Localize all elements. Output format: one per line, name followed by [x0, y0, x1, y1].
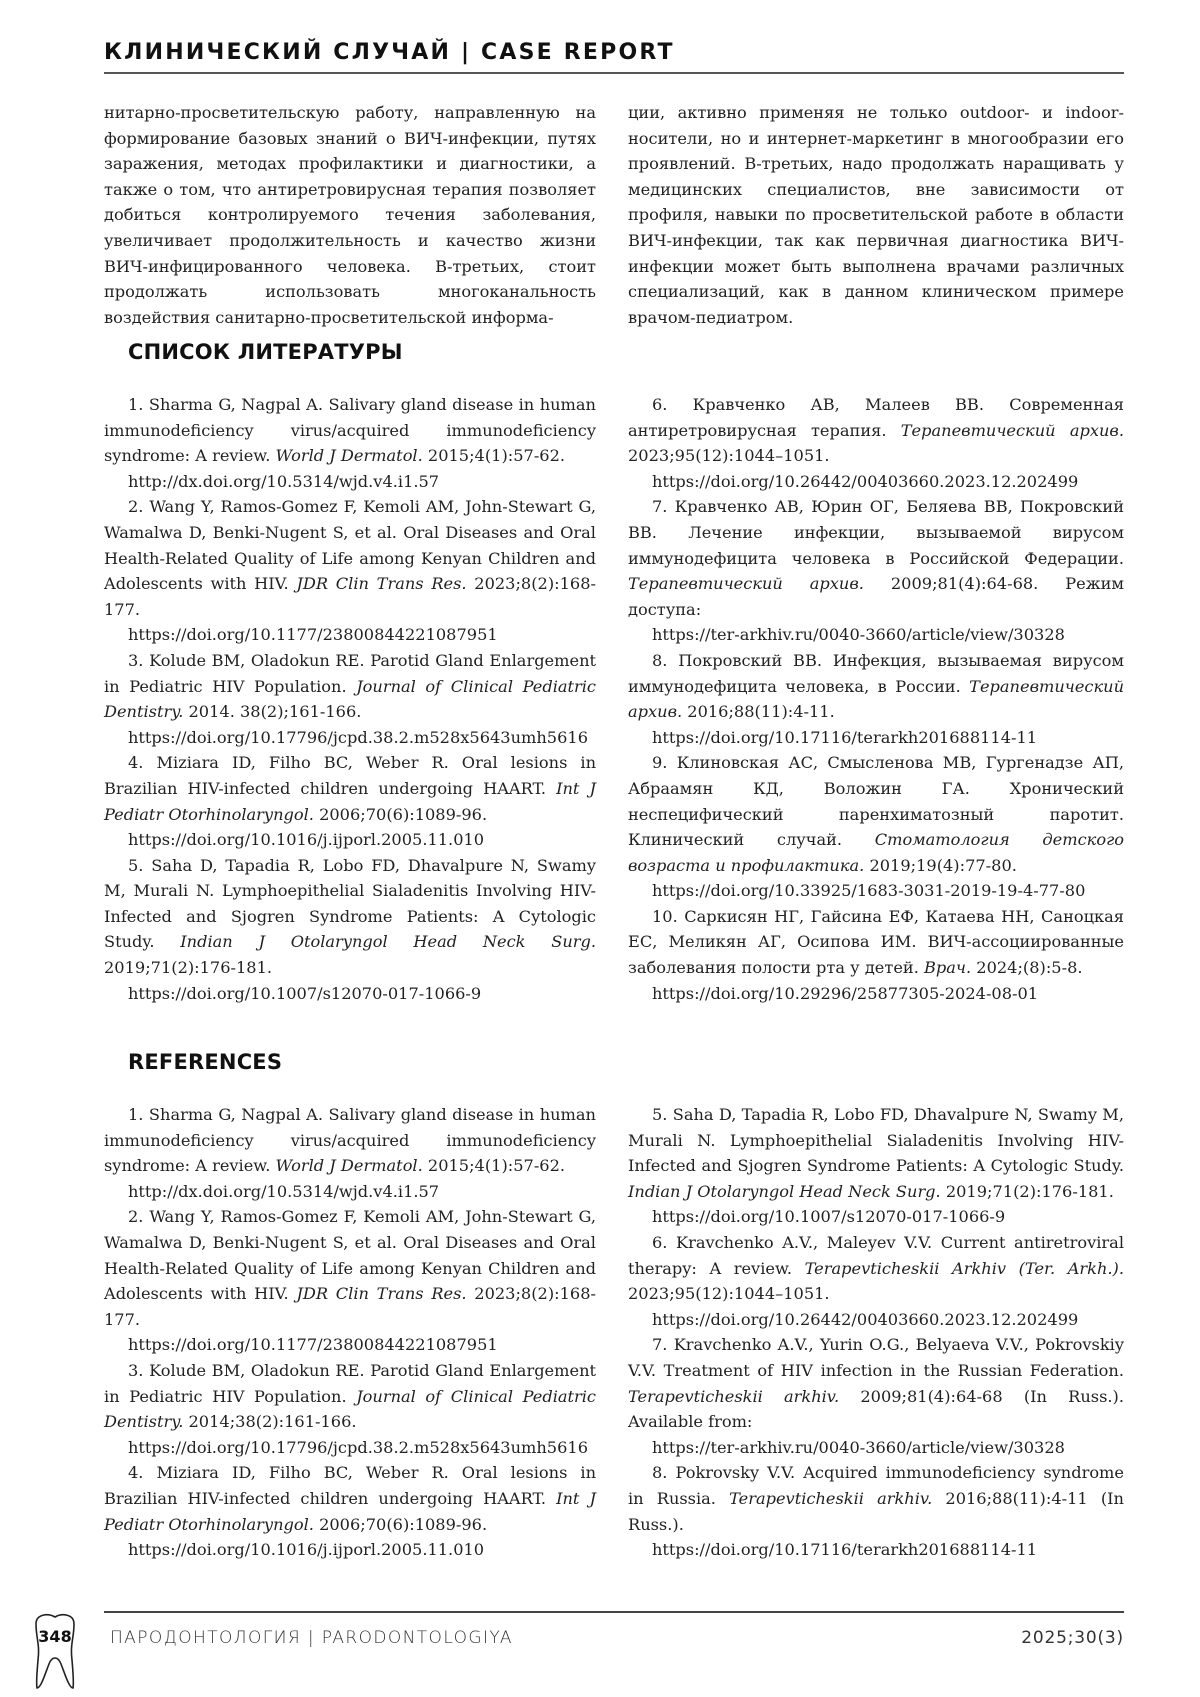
- reference-link[interactable]: https://doi.org/10.17116/terarkh20168811…: [628, 1537, 1124, 1563]
- reference-item: 4. Miziara ID, Filho BC, Weber R. Oral l…: [104, 750, 596, 827]
- reference-item: 1. Sharma G, Nagpal A. Salivary gland di…: [104, 1102, 596, 1179]
- footer-issue: 2025;30(3): [1021, 1628, 1124, 1648]
- reference-link[interactable]: https://doi.org/10.1177/2380084422108795…: [104, 1332, 596, 1358]
- reference-link[interactable]: http://dx.doi.org/10.5314/wjd.v4.i1.57: [104, 469, 596, 495]
- body-text-right: ции, активно применяя не только outdoor-…: [628, 100, 1124, 330]
- reference-item: 5. Saha D, Tapadia R, Lobo FD, Dhavalpur…: [104, 853, 596, 981]
- en-references-title: REFERENCES: [128, 1050, 282, 1074]
- reference-link[interactable]: https://doi.org/10.17116/terarkh20168811…: [628, 725, 1124, 751]
- reference-link[interactable]: https://doi.org/10.33925/1683-3031-2019-…: [628, 878, 1124, 904]
- reference-link[interactable]: https://doi.org/10.1177/2380084422108795…: [104, 622, 596, 648]
- journal-page: КЛИНИЧЕСКИЙ СЛУЧАЙ | CASE REPORT нитарно…: [0, 0, 1200, 1697]
- reference-link[interactable]: https://doi.org/10.17796/jcpd.38.2.m528x…: [104, 1435, 596, 1461]
- reference-item: 2. Wang Y, Ramos-Gomez F, Kemoli AM, Joh…: [104, 494, 596, 622]
- reference-link[interactable]: https://doi.org/10.1016/j.ijporl.2005.11…: [104, 1537, 596, 1563]
- reference-item: 4. Miziara ID, Filho BC, Weber R. Oral l…: [104, 1460, 596, 1537]
- body-paragraph: нитарно-просветительскую работу, направл…: [104, 100, 596, 330]
- reference-item: 7. Кравченко АВ, Юрин ОГ, Беляева ВВ, По…: [628, 494, 1124, 622]
- page-number: 348: [30, 1627, 80, 1646]
- footer-journal-title: ПАРОДОНТОЛОГИЯ | PARODONTOLOGIYA: [110, 1628, 513, 1648]
- reference-item: 8. Pokrovsky V.V. Acquired immunodeficie…: [628, 1460, 1124, 1537]
- reference-link[interactable]: https://doi.org/10.17796/jcpd.38.2.m528x…: [104, 725, 596, 751]
- reference-item: 3. Kolude BM, Oladokun RE. Parotid Gland…: [104, 1358, 596, 1435]
- en-references-right: 5. Saha D, Tapadia R, Lobo FD, Dhavalpur…: [628, 1102, 1124, 1563]
- body-paragraph: ции, активно применяя не только outdoor-…: [628, 100, 1124, 330]
- reference-link[interactable]: https://ter-arkhiv.ru/0040-3660/article/…: [628, 1435, 1124, 1461]
- reference-link[interactable]: https://doi.org/10.1016/j.ijporl.2005.11…: [104, 827, 596, 853]
- reference-item: 5. Saha D, Tapadia R, Lobo FD, Dhavalpur…: [628, 1102, 1124, 1204]
- reference-link[interactable]: https://doi.org/10.26442/00403660.2023.1…: [628, 469, 1124, 495]
- footer-divider: [104, 1611, 1124, 1613]
- en-references-left: 1. Sharma G, Nagpal A. Salivary gland di…: [104, 1102, 596, 1563]
- reference-link[interactable]: https://ter-arkhiv.ru/0040-3660/article/…: [628, 622, 1124, 648]
- reference-item: 8. Покровский ВВ. Инфекция, вызываемая в…: [628, 648, 1124, 725]
- ru-references-left: 1. Sharma G, Nagpal A. Salivary gland di…: [104, 392, 596, 1006]
- running-head: КЛИНИЧЕСКИЙ СЛУЧАЙ | CASE REPORT: [104, 40, 1124, 74]
- reference-item: 2. Wang Y, Ramos-Gomez F, Kemoli AM, Joh…: [104, 1204, 596, 1332]
- reference-item: 6. Кравченко АВ, Малеев ВВ. Современная …: [628, 392, 1124, 469]
- reference-item: 10. Саркисян НГ, Гайсина ЕФ, Катаева НН,…: [628, 904, 1124, 981]
- reference-link[interactable]: https://doi.org/10.26442/00403660.2023.1…: [628, 1307, 1124, 1333]
- reference-item: 9. Клиновская АС, Смысленова МВ, Гургена…: [628, 750, 1124, 878]
- ru-references-title: СПИСОК ЛИТЕРАТУРЫ: [128, 340, 403, 364]
- reference-item: 3. Kolude BM, Oladokun RE. Parotid Gland…: [104, 648, 596, 725]
- ru-references-right: 6. Кравченко АВ, Малеев ВВ. Современная …: [628, 392, 1124, 1006]
- tooth-icon: [30, 1610, 80, 1690]
- reference-item: 6. Kravchenko A.V., Maleyev V.V. Current…: [628, 1230, 1124, 1307]
- reference-link[interactable]: https://doi.org/10.1007/s12070-017-1066-…: [104, 981, 596, 1007]
- body-text-left: нитарно-просветительскую работу, направл…: [104, 100, 596, 330]
- reference-item: 7. Kravchenko A.V., Yurin O.G., Belyaeva…: [628, 1332, 1124, 1434]
- reference-link[interactable]: http://dx.doi.org/10.5314/wjd.v4.i1.57: [104, 1179, 596, 1205]
- reference-link[interactable]: https://doi.org/10.1007/s12070-017-1066-…: [628, 1204, 1124, 1230]
- reference-link[interactable]: https://doi.org/10.29296/25877305-2024-0…: [628, 981, 1124, 1007]
- reference-item: 1. Sharma G, Nagpal A. Salivary gland di…: [104, 392, 596, 469]
